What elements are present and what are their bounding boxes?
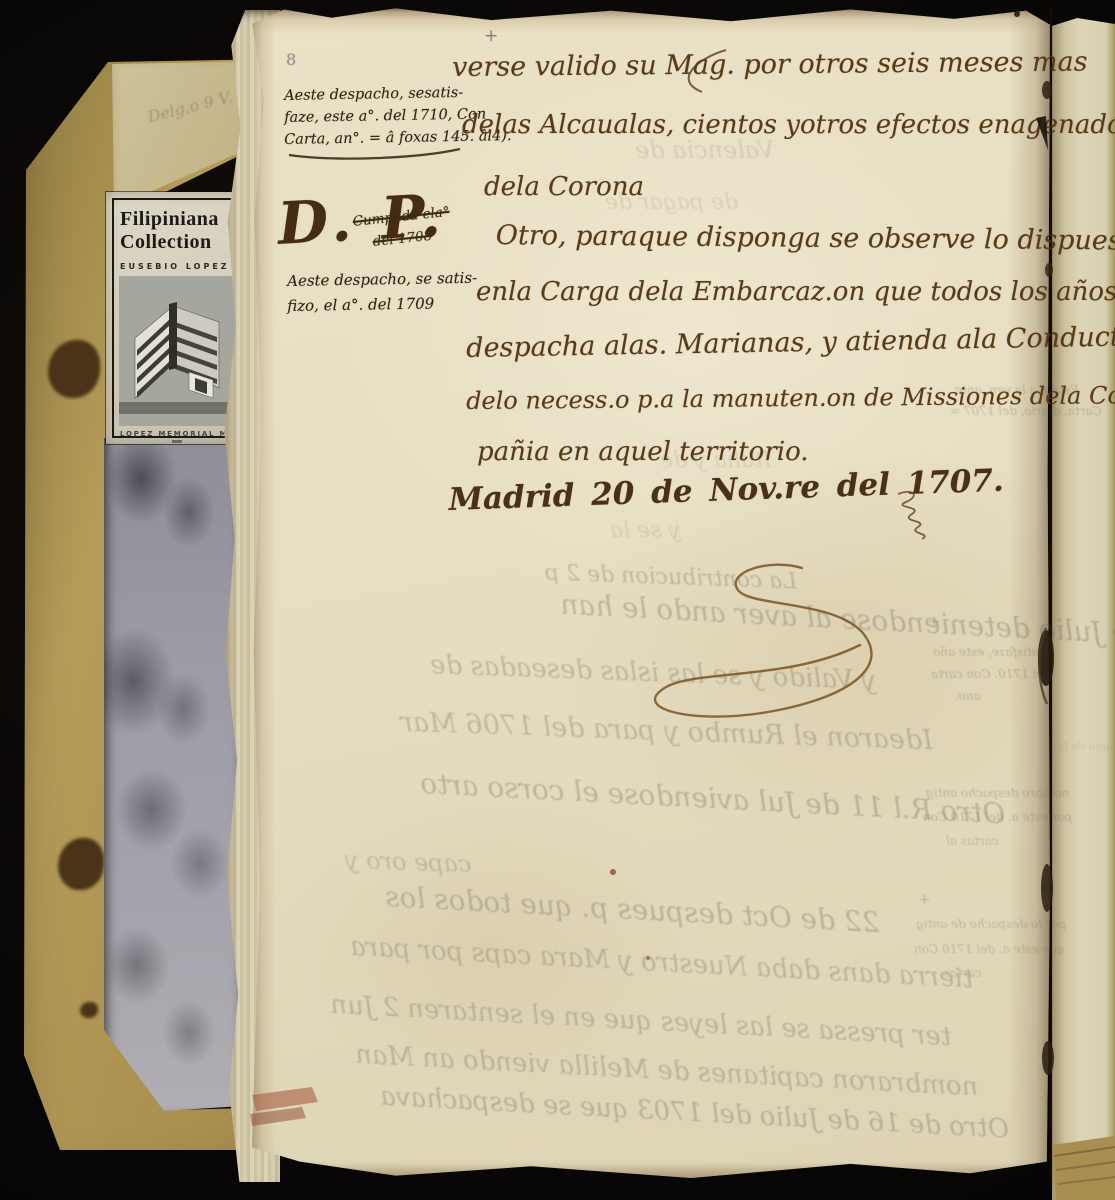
bleedthrough-fragment: ano. (955, 689, 981, 703)
bleedthrough-fragment: y se la (610, 518, 681, 543)
manuscript-ink-line: 8 (286, 50, 296, 69)
bleedthrough-fragment: por lo despacho de antig (916, 917, 1066, 931)
bleedthrough-fragment: del 1710. Con carta (931, 667, 1051, 681)
manuscript-ink-line: Aeste despacho, sesatis- (284, 85, 463, 104)
cover-stain (48, 340, 100, 398)
bleedthrough-fragment: por este a. del 1710 Con (923, 810, 1072, 824)
bleedthrough-fragment: + (928, 612, 941, 630)
bookplate-owner: EUSEBIO LOPEZ (120, 262, 230, 271)
cover-stain (58, 838, 104, 890)
bleedthrough-line: cape oro y (345, 846, 472, 878)
museum-building-engraving (119, 276, 237, 426)
bleedthrough-fragment: Valencia de (635, 136, 774, 164)
manuscript-ink-line: Otro, paraque disponga se observe lo dis… (496, 220, 1115, 257)
bleedthrough-fragment: ano de la (1058, 740, 1109, 753)
manuscript-ink-line: dela Corona (484, 172, 644, 202)
manuscript-ink-line: pañia en aquel territorio. (477, 437, 809, 467)
manuscript-ink-line: verse valido su Mag. por otros seis mese… (452, 46, 1088, 83)
bookplate-submark (172, 440, 182, 443)
bleedthrough-fragment: satisfaze, este año (933, 645, 1045, 659)
photographed-manuscript-scene: Delg.o 9 V. Filipiniana Collection EUSEB… (0, 0, 1115, 1200)
manuscript-ink-line: delo necess.o p.a la manuten.on de Missi… (466, 381, 1115, 415)
bleedthrough-fragment: cartas al (946, 834, 999, 848)
bleedthrough-fragment: que este a. del 1710 Con (914, 942, 1065, 956)
facing-page (1052, 0, 1115, 1200)
bleedthrough-fragment: + (918, 890, 931, 908)
bleedthrough-fragment: cartas. (940, 966, 982, 980)
manuscript-ink-line: fizo, el a°. del 1709 (287, 294, 434, 315)
cover-stain (80, 1002, 98, 1018)
manuscript-ink-line: delas Alcaualas, cientos yotros efectos … (462, 110, 1115, 140)
manuscript-ink-line: Aeste despacho, se satis- (287, 269, 477, 290)
endpaper (102, 438, 242, 1114)
manuscript-ink-line: enla Carga dela Embarcaz.on que todos lo… (476, 277, 1115, 307)
manuscript-ink-line: + (484, 26, 498, 46)
bleedthrough-fragment: nombro despacho antig (926, 786, 1069, 800)
